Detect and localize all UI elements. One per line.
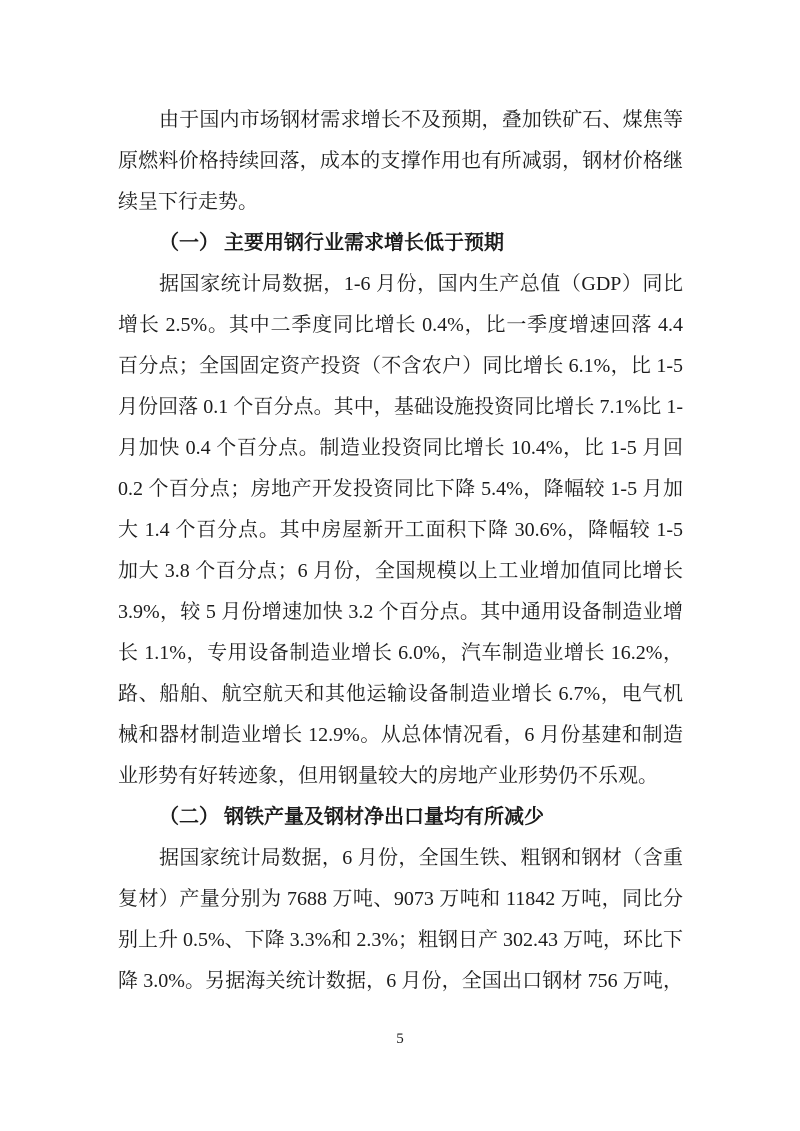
body-line: 月加快 0.4 个百分点。制造业投资同比增长 10.4%，比 1-5 月回落 [118,428,683,469]
body-line: 大 1.4 个百分点。其中房屋新开工面积下降 30.6%，降幅较 1-5 月 [118,510,683,551]
body-line: 路、船舶、航空航天和其他运输设备制造业增长 6.7%，电气机 [118,674,683,715]
section-heading-1: （一） 主要用钢行业需求增长低于预期 [118,223,683,264]
document-body: 由于国内市场钢材需求增长不及预期，叠加铁矿石、煤焦等 原燃料价格持续回落，成本的… [118,100,683,1002]
body-line: 月份回落 0.1 个百分点。其中，基础设施投资同比增长 7.1%比 1-5 [118,387,683,428]
body-line: 原燃料价格持续回落，成本的支撑作用也有所减弱，钢材价格继 [118,141,683,182]
document-page: 由于国内市场钢材需求增长不及预期，叠加铁矿石、煤焦等 原燃料价格持续回落，成本的… [0,0,800,1131]
body-line: 业形势有好转迹象，但用钢量较大的房地产业形势仍不乐观。 [118,756,683,797]
page-number: 5 [0,1028,800,1050]
body-line: 由于国内市场钢材需求增长不及预期，叠加铁矿石、煤焦等 [118,100,683,141]
body-line: 长 1.1%，专用设备制造业增长 6.0%，汽车制造业增长 16.2%，铁 [118,633,683,674]
body-line: 0.2 个百分点；房地产开发投资同比下降 5.4%，降幅较 1-5 月加 [118,469,683,510]
body-line: 械和器材制造业增长 12.9%。从总体情况看，6 月份基建和制造 [118,715,683,756]
section-heading-2: （二） 钢铁产量及钢材净出口量均有所减少 [118,797,683,838]
body-line: 3.9%，较 5 月份增速加快 3.2 个百分点。其中通用设备制造业增 [118,592,683,633]
body-line: 百分点；全国固定资产投资（不含农户）同比增长 6.1%，比 1-5 [118,346,683,387]
body-line: 据国家统计局数据，6 月份，全国生铁、粗钢和钢材（含重 [118,838,683,879]
body-line: 增长 2.5%。其中二季度同比增长 0.4%，比一季度增速回落 4.4 个 [118,305,683,346]
body-line: 续呈下行走势。 [118,182,683,223]
body-line: 别上升 0.5%、下降 3.3%和 2.3%；粗钢日产 302.43 万吨，环比… [118,920,683,961]
body-line: 复材）产量分别为 7688 万吨、9073 万吨和 11842 万吨，同比分 [118,879,683,920]
body-line: 据国家统计局数据，1-6 月份，国内生产总值（GDP）同比 [118,264,683,305]
body-line: 加大 3.8 个百分点；6 月份，全国规模以上工业增加值同比增长 [118,551,683,592]
body-line: 降 3.0%。另据海关统计数据，6 月份，全国出口钢材 756 万吨， [118,961,683,1002]
